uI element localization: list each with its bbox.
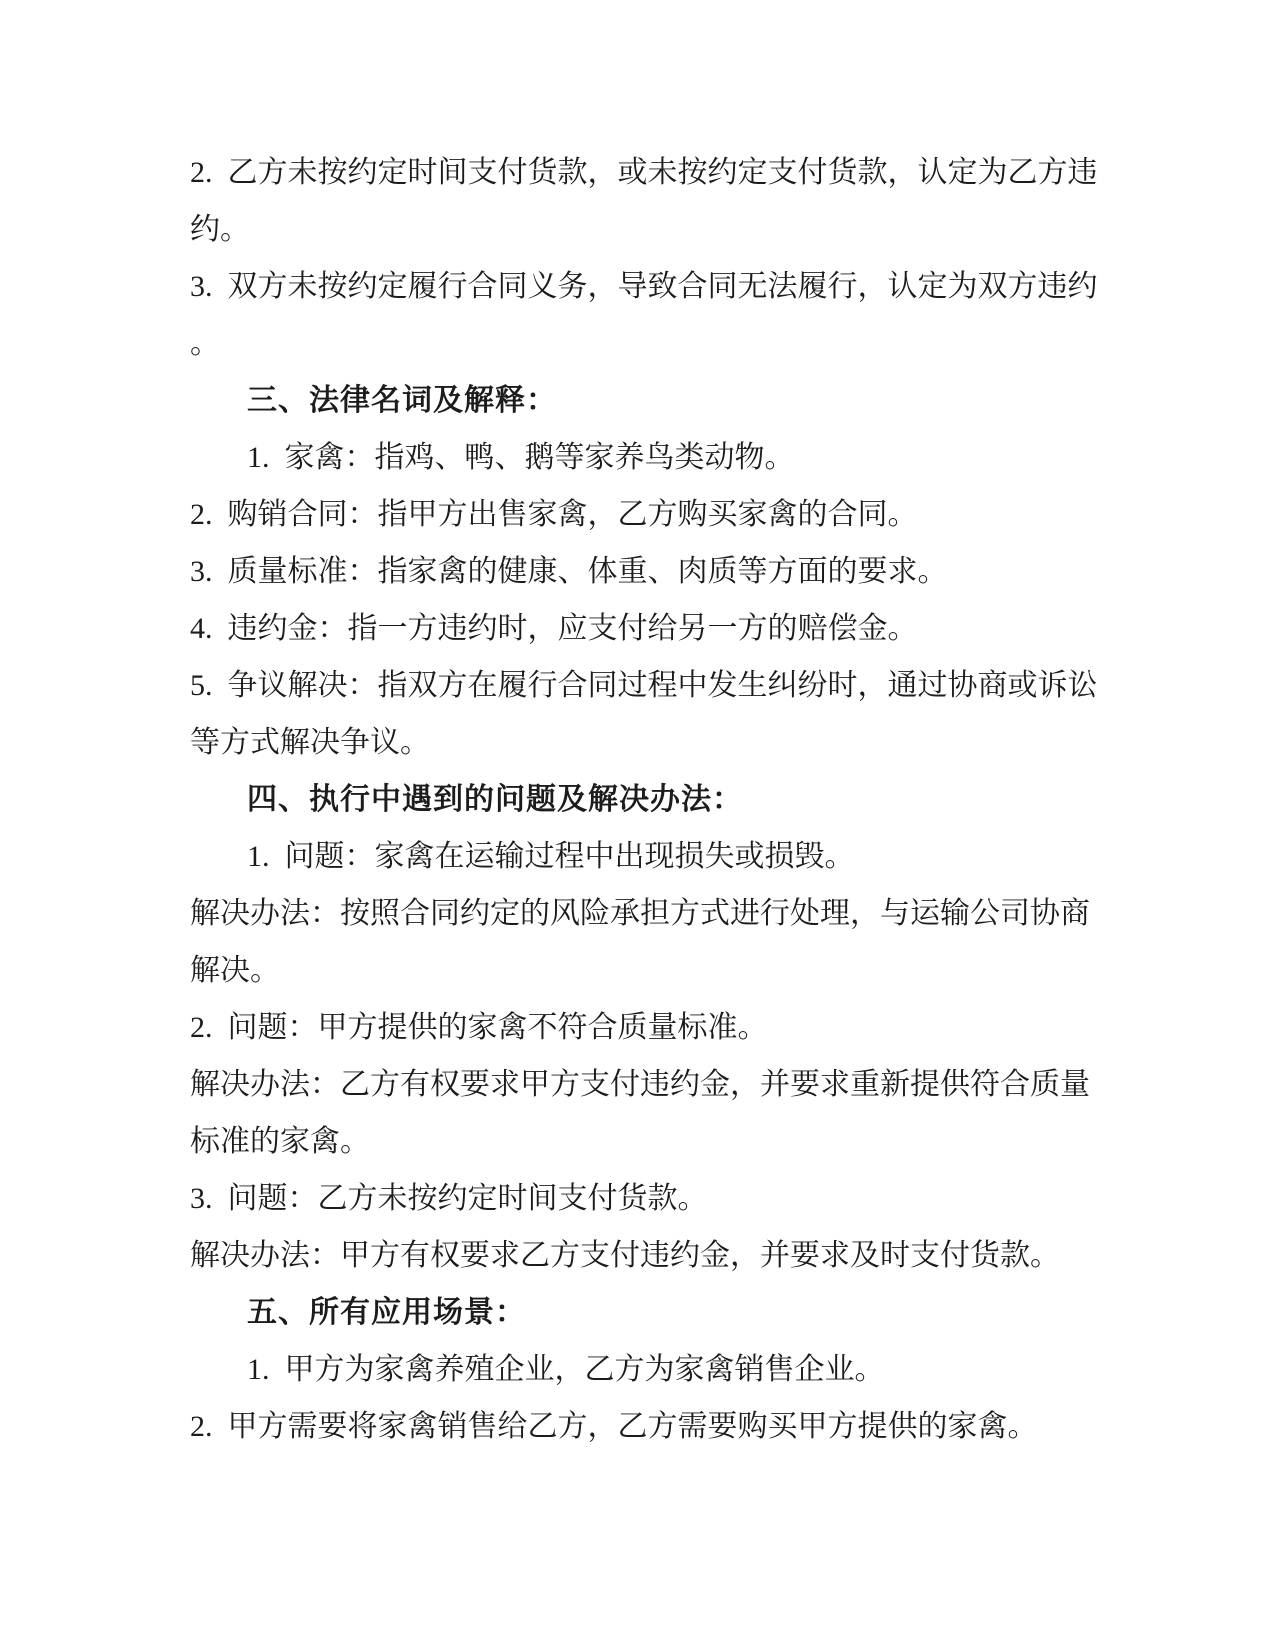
document-page: 2. 乙方未按约定时间支付货款，或未按约定支付货款，认定为乙方违 约。 3. 双… [0,0,1275,1650]
term-quality-standard: 3. 质量标准：指家禽的健康、体重、肉质等方面的要求。 [190,543,1120,600]
solution-1-line-2: 解决。 [190,942,1120,999]
solution-3: 解决办法：甲方有权要求乙方支付违约金，并要求及时支付货款。 [190,1227,1120,1284]
solution-1-line-1: 解决办法：按照合同约定的风险承担方式进行处理，与运输公司协商 [190,885,1120,942]
solution-2-line-2: 标准的家禽。 [190,1113,1120,1170]
section-heading-execution-problems: 四、执行中遇到的问题及解决办法： [190,771,1120,828]
scenario-2-sale-need: 2. 甲方需要将家禽销售给乙方，乙方需要购买甲方提供的家禽。 [190,1398,1120,1455]
term-dispute-resolution-line-2: 等方式解决争议。 [190,714,1120,771]
section-heading-application-scenarios: 五、所有应用场景： [190,1284,1120,1341]
scenario-1-parties: 1. 甲方为家禽养殖企业，乙方为家禽销售企业。 [190,1341,1120,1398]
document-content: 2. 乙方未按约定时间支付货款，或未按约定支付货款，认定为乙方违 约。 3. 双… [190,144,1120,1455]
problem-3-late-payment: 3. 问题：乙方未按约定时间支付货款。 [190,1170,1120,1227]
clause-breach-both-parties-line-2: 。 [190,315,1120,372]
problem-2-quality-nonconformance: 2. 问题：甲方提供的家禽不符合质量标准。 [190,999,1120,1056]
problem-1-transport-loss: 1. 问题：家禽在运输过程中出现损失或损毁。 [190,828,1120,885]
term-liquidated-damages: 4. 违约金：指一方违约时，应支付给另一方的赔偿金。 [190,600,1120,657]
clause-breach-party-b-line-1: 2. 乙方未按约定时间支付货款，或未按约定支付货款，认定为乙方违 [190,144,1120,201]
term-dispute-resolution-line-1: 5. 争议解决：指双方在履行合同过程中发生纠纷时，通过协商或诉讼 [190,657,1120,714]
clause-breach-party-b-line-2: 约。 [190,201,1120,258]
term-poultry: 1. 家禽：指鸡、鸭、鹅等家养鸟类动物。 [190,429,1120,486]
term-purchase-sale-contract: 2. 购销合同：指甲方出售家禽，乙方购买家禽的合同。 [190,486,1120,543]
solution-2-line-1: 解决办法：乙方有权要求甲方支付违约金，并要求重新提供符合质量 [190,1056,1120,1113]
section-heading-legal-terms: 三、法律名词及解释： [190,372,1120,429]
clause-breach-both-parties-line-1: 3. 双方未按约定履行合同义务，导致合同无法履行，认定为双方违约 [190,258,1120,315]
